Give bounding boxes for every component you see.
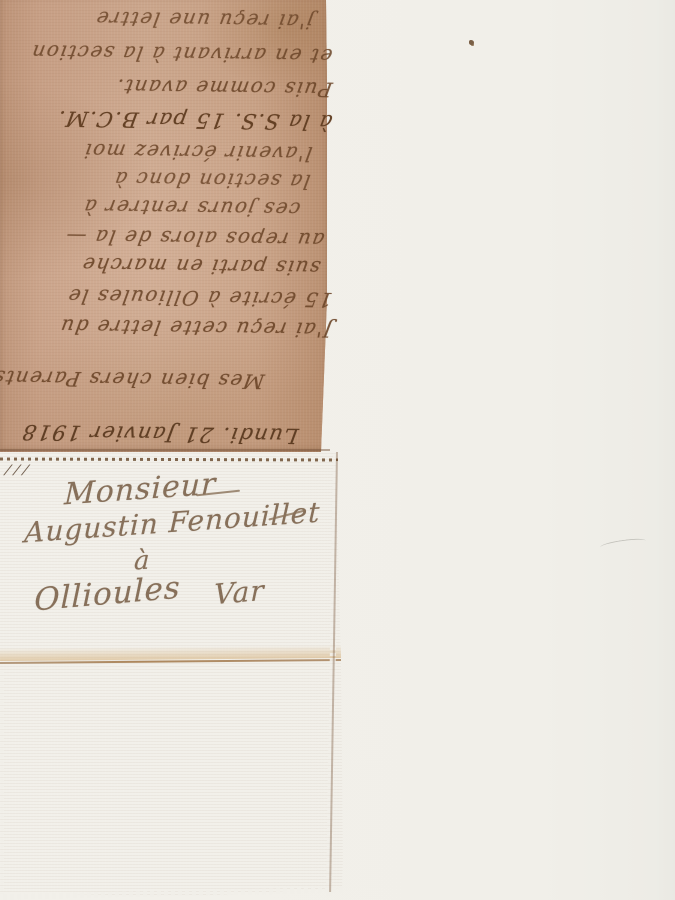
letter-line: J'ai reçu cette lettre du xyxy=(20,314,334,342)
address-department: Var xyxy=(214,574,265,612)
faint-scratch xyxy=(600,537,647,551)
letter-salutation: Mes bien chers Parents xyxy=(30,366,266,393)
perforated-left-edge xyxy=(0,668,4,894)
letter-line: à la S.S. 15 par B.C.M. xyxy=(6,106,334,134)
letter-line: suis parti en marche xyxy=(6,252,322,280)
letter-line: j'ai reçu une lettre xyxy=(53,6,315,34)
letter-line: au repos alors de la — xyxy=(0,224,326,252)
letter-line: et en arrivant à la section xyxy=(0,40,334,69)
letter-line: la section donc à xyxy=(50,166,312,194)
letter-line: Puis comme avant. xyxy=(90,74,334,101)
letter-line: 15 écrite à Ollioules le xyxy=(50,284,334,312)
pen-margin-marks: /// xyxy=(2,463,33,478)
dust-speck xyxy=(469,40,474,45)
page-edge-shadow xyxy=(0,449,330,451)
letter-line: l'avenir écrivez moi xyxy=(12,138,314,166)
letter-date: Lundi. 21 Janvier 1918 xyxy=(26,420,300,448)
letter-line: ces jours rentrer à xyxy=(50,194,302,221)
